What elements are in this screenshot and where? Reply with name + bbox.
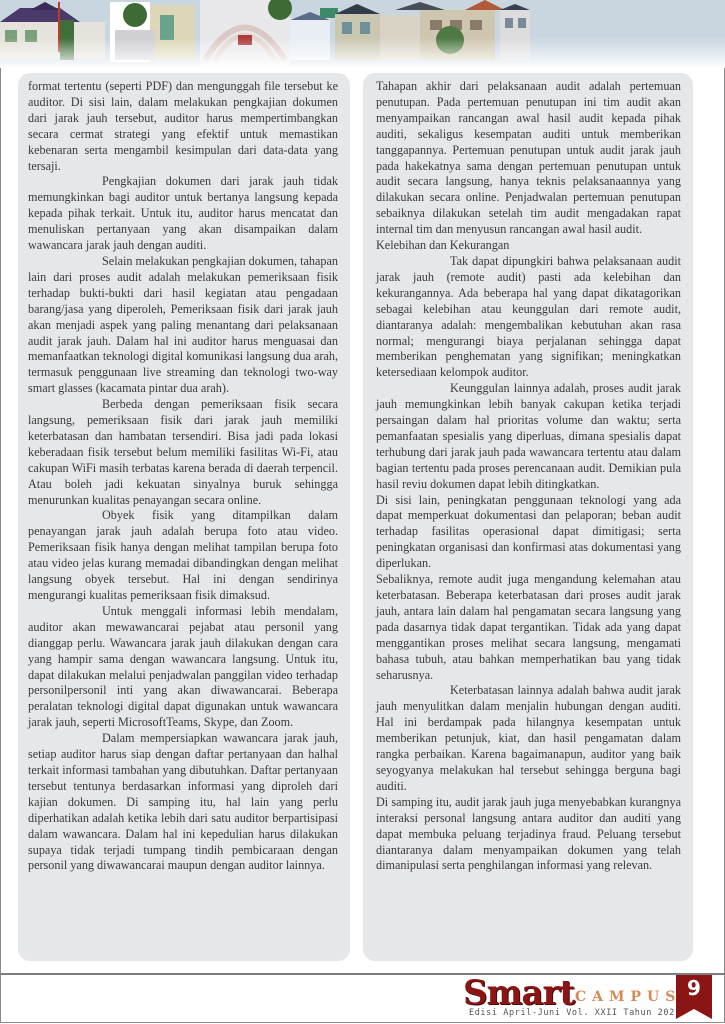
logo-campus-text: CAMPUS	[575, 989, 681, 1005]
banner-fade	[0, 38, 725, 68]
paragraph: Tak dapat dipungkiri bahwa pelaksanaan a…	[376, 254, 681, 381]
page-number-badge: 9	[676, 975, 712, 1019]
magazine-logo: Smart CAMPUS Edisi April-Juni Vol. XXII …	[463, 975, 673, 1021]
paragraph: Di sisi lain, peningkatan penggunaan tek…	[376, 493, 681, 573]
paragraph: Selain melakukan pengkajian dokumen, tah…	[28, 254, 338, 397]
paragraph: Berbeda dengan pemeriksaan fisik secara …	[28, 397, 338, 508]
paragraph: Pengkajian dokumen dari jarak jauh tidak…	[28, 174, 338, 254]
paragraph: Di samping itu, audit jarak jauh juga me…	[376, 795, 681, 875]
paragraph: Keterbatasan lainnya adalah bahwa audit …	[376, 683, 681, 794]
paragraph: Untuk menggali informasi lebih mendalam,…	[28, 604, 338, 731]
paragraph: Tahapan akhir dari pelaksanaan audit ada…	[376, 79, 681, 238]
paragraph: format tertentu (seperti PDF) dan mengun…	[28, 79, 338, 174]
section-heading: Kelebihan dan Kekurangan	[376, 238, 681, 254]
logo-smart-text: Smart	[463, 973, 574, 1013]
paragraph: Keunggulan lainnya adalah, proses audit …	[376, 381, 681, 492]
edition-info: Edisi April-Juni Vol. XXII Tahun 2021	[469, 1008, 681, 1018]
left-column: format tertentu (seperti PDF) dan mengun…	[28, 79, 338, 874]
page-number: 9	[676, 976, 712, 1000]
paragraph: Obyek fisik yang ditampilkan dalam penay…	[28, 508, 338, 603]
paragraph: Sebaliknya, remote audit juga mengandung…	[376, 572, 681, 683]
header-banner	[0, 0, 725, 68]
paragraph: Dalam mempersiapkan wawancara jarak jauh…	[28, 731, 338, 874]
right-column: Tahapan akhir dari pelaksanaan audit ada…	[376, 79, 681, 874]
